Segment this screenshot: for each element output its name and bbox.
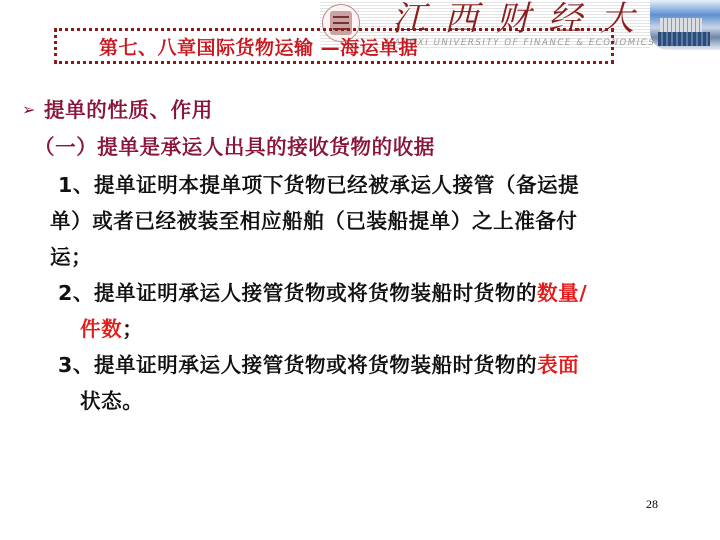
- item-2-highlight-cont: 件数: [80, 317, 122, 341]
- item-3-highlight: 表面: [537, 353, 579, 377]
- item-2-text: 2、提单证明承运人接管货物或将货物装船时货物的: [58, 281, 537, 305]
- campus-photo: [650, 0, 720, 50]
- item-3-line-1: 3、提单证明承运人接管货物或将货物装船时货物的表面: [58, 348, 579, 378]
- page-number: 28: [646, 497, 658, 512]
- item-1-line-1: 1、提单证明本提单项下货物已经被承运人接管（备运提: [58, 168, 579, 198]
- item-3-text: 3、提单证明承运人接管货物或将货物装船时货物的: [58, 353, 537, 377]
- item-1-line-2: 单）或者已经被装至相应船舶（已装船提单）之上准备付: [50, 204, 578, 234]
- item-2-highlight: 数量/: [537, 281, 587, 305]
- subsection-heading: （一）提单是承运人出具的接收货物的收据: [34, 130, 435, 160]
- slide-title-box: 第七、八章国际货物运输 —海运单据: [54, 28, 614, 64]
- item-2-text-cont: ；: [122, 317, 143, 341]
- section-heading-text: 提单的性质、作用: [44, 98, 213, 122]
- item-2-line-2: 件数；: [80, 312, 143, 342]
- arrow-bullet-icon: ➢: [22, 100, 36, 119]
- item-2-line-1: 2、提单证明承运人接管货物或将货物装船时货物的数量/: [58, 276, 587, 306]
- item-1-line-3: 运；: [50, 240, 92, 270]
- item-3-line-2: 状态。: [80, 384, 143, 414]
- people-image: [658, 32, 710, 46]
- building-image: [660, 18, 702, 32]
- section-heading: ➢提单的性质、作用: [22, 93, 213, 123]
- slide-title: 第七、八章国际货物运输 —海运单据: [99, 33, 418, 60]
